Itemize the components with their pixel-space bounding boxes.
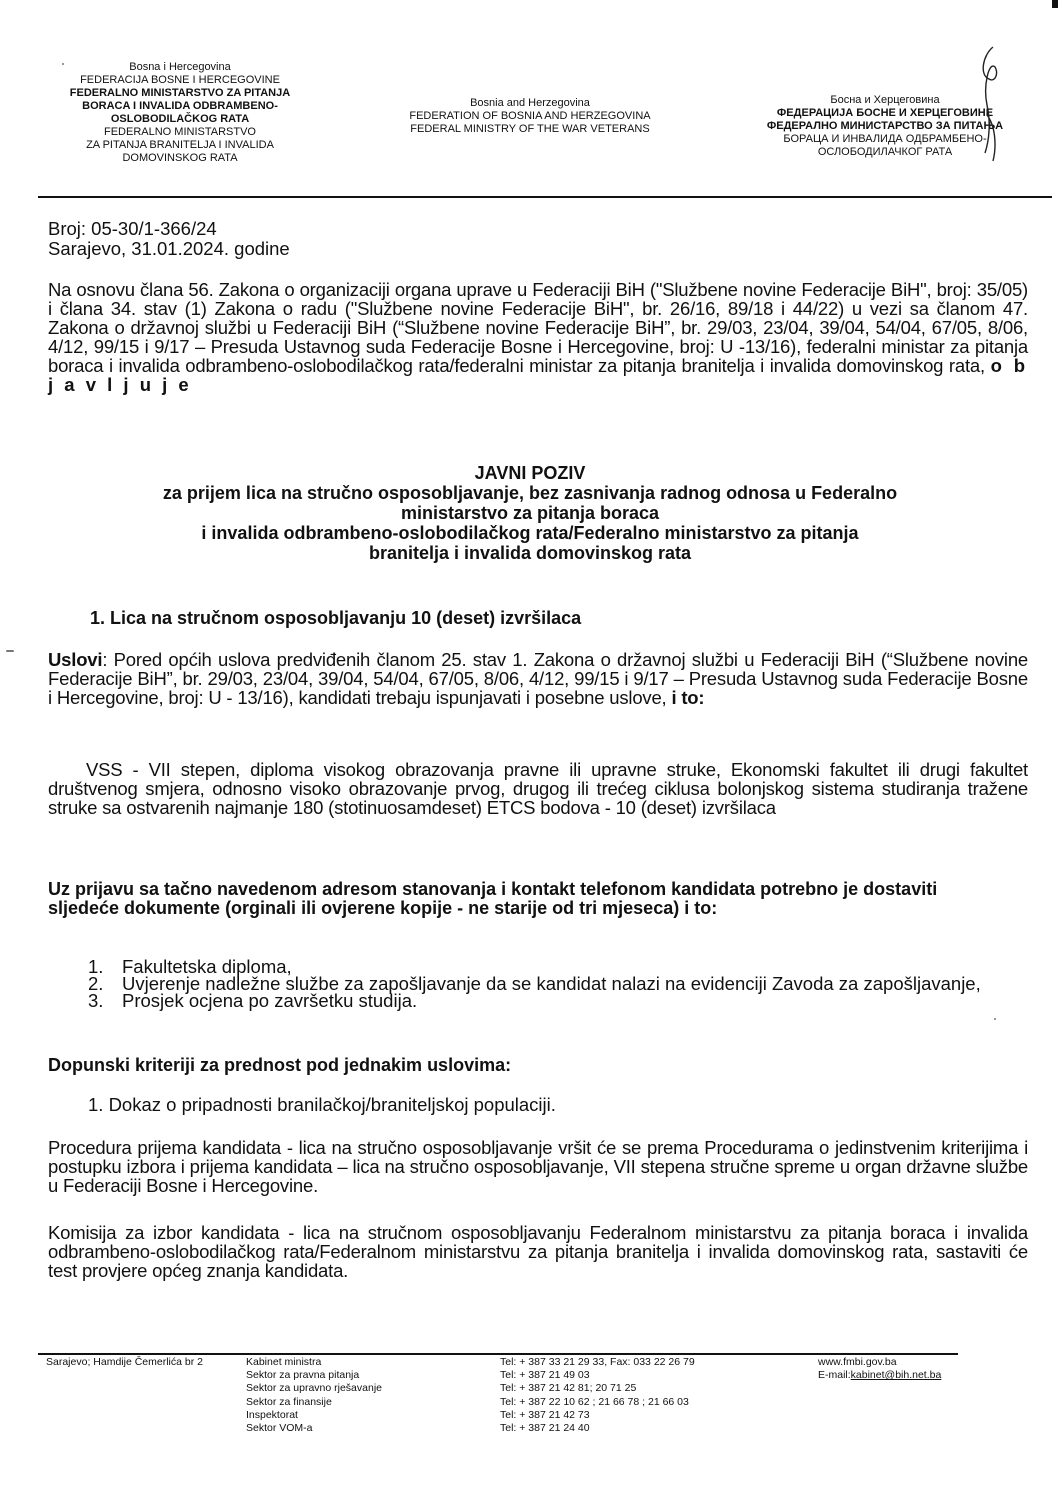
letterhead-line: ZA PITANJA BRANITELJA I INVALIDA: [30, 139, 330, 152]
intro-paragraph: Na osnovu člana 56. Zakona o organizacij…: [48, 280, 1028, 394]
document-reference: Broj: 05-30/1-366/24 Sarajevo, 31.01.202…: [48, 219, 290, 259]
conditions-text: : Pored općih uslova predviđenih članom …: [48, 649, 1028, 708]
letterhead-line: FEDERALNO MINISTARSTVO: [30, 126, 330, 139]
scan-speck: [6, 650, 14, 652]
scan-speck: [994, 1018, 996, 1020]
subtitle-line: branitelja i invalida domovinskog rata: [30, 543, 1030, 563]
letterhead-center: Bosnia and HerzegovinaFEDERATION OF BOSN…: [380, 97, 680, 136]
letterhead-line: FEDERATION OF BOSNIA AND HERZEGOVINA: [380, 110, 680, 123]
email-link[interactable]: kabinet@bih.net.ba: [851, 1369, 942, 1381]
conditions-paragraph: Uslovi: Pored općih uslova predviđenih č…: [48, 650, 1028, 707]
requirement-paragraph: VSS - VII stepen, diploma visokog obrazo…: [48, 760, 1028, 817]
footer-divider: [38, 1353, 958, 1355]
place-date: Sarajevo, 31.01.2024. godine: [48, 239, 290, 259]
scan-mark: [1052, 0, 1058, 8]
signature-icon: [975, 45, 1015, 165]
letterhead-line: BORACA I INVALIDA ODBRAMBENO-: [30, 100, 330, 113]
letterhead-line: FEDERAL MINISTRY OF THE WAR VETERANS: [380, 123, 680, 136]
page-title: JAVNI POZIV: [30, 463, 1030, 483]
header-divider: [38, 196, 1052, 198]
subtitle-line: ministarstvo za pitanja boraca: [30, 503, 1030, 523]
commission-paragraph: Komisija za izbor kandidata - lica na st…: [48, 1223, 1028, 1280]
subtitle-line: za prijem lica na stručno osposobljavanj…: [30, 483, 1030, 503]
website-link[interactable]: www.fmbi.gov.ba: [818, 1356, 941, 1369]
footer-sectors: Kabinet ministra Sektor za pravna pitanj…: [246, 1356, 382, 1435]
intro-text: Na osnovu člana 56. Zakona o organizacij…: [48, 279, 1028, 376]
letterhead-line: FEDERACIJA BOSNE I HERCEGOVINE: [30, 74, 330, 87]
letterhead-left: Bosna i HercegovinaFEDERACIJA BOSNE I HE…: [30, 61, 330, 165]
footer-phones: Tel: + 387 33 21 29 33, Fax: 033 22 26 7…: [500, 1356, 695, 1435]
title-block: JAVNI POZIV za prijem lica na stručno os…: [30, 463, 1030, 563]
email-label: E-mail:: [818, 1369, 851, 1381]
additional-criteria-item: 1. Dokaz o pripadnosti branilačkoj/brani…: [88, 1094, 556, 1116]
documents-list: 1. Fakultetska diploma, 2. Uvjerenje nad…: [88, 958, 1028, 1009]
footer-contact: www.fmbi.gov.ba E-mail:kabinet@bih.net.b…: [818, 1356, 941, 1382]
letterhead-line: OSLOBODILAČKOG RATA: [30, 113, 330, 126]
procedure-paragraph: Procedura prijema kandidata - lica na st…: [48, 1138, 1028, 1195]
footer-address: Sarajevo; Hamdije Čemerlića br 2: [46, 1356, 203, 1369]
list-item: 3. Prosjek ocjena po završetku studija.: [88, 992, 1028, 1009]
section-heading: 1. Lica na stručnom osposobljavanju 10 (…: [90, 608, 581, 629]
subtitle-line: i invalida odbrambeno-oslobodilačkog rat…: [30, 523, 1030, 543]
letterhead-line: FEDERALNO MINISTARSTVO ZA PITANJA: [30, 87, 330, 100]
letterhead-line: Bosnia and Herzegovina: [380, 97, 680, 110]
reference-number: Broj: 05-30/1-366/24: [48, 219, 290, 239]
letterhead-line: Bosna i Hercegovina: [30, 61, 330, 74]
conditions-tail: i to:: [671, 687, 704, 708]
letterhead-line: DOMOVINSKOG RATA: [30, 152, 330, 165]
additional-criteria-heading: Dopunski kriteriji za prednost pod jedna…: [48, 1055, 511, 1076]
conditions-label: Uslovi: [48, 649, 102, 670]
documents-intro: Uz prijavu sa tačno navedenom adresom st…: [48, 880, 1008, 918]
